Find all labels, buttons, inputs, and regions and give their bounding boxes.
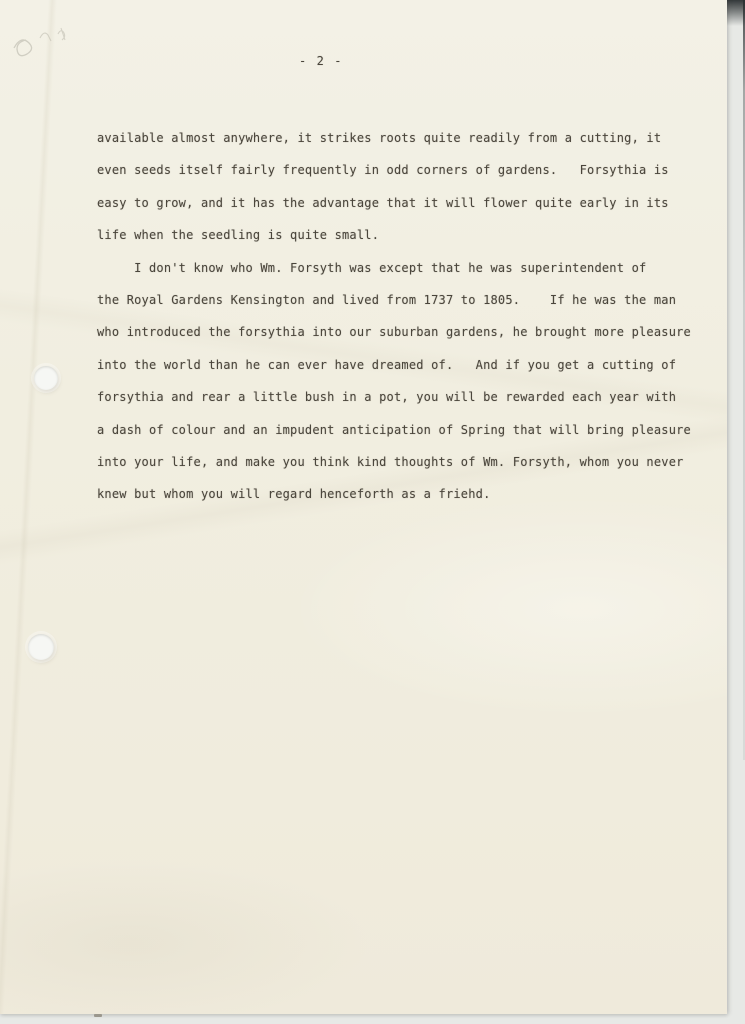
scan-speck [94,1014,102,1017]
pencil-scribble [6,20,90,66]
typed-text: available almost anywhere, it strikes ro… [97,122,691,511]
punch-hole-top [34,366,58,390]
scanned-document: - 2 - available almost anywhere, it stri… [0,0,745,1024]
page-number: - 2 - [299,54,343,68]
paper-sheet: - 2 - available almost anywhere, it stri… [0,0,727,1014]
punch-hole-bottom [28,634,54,660]
